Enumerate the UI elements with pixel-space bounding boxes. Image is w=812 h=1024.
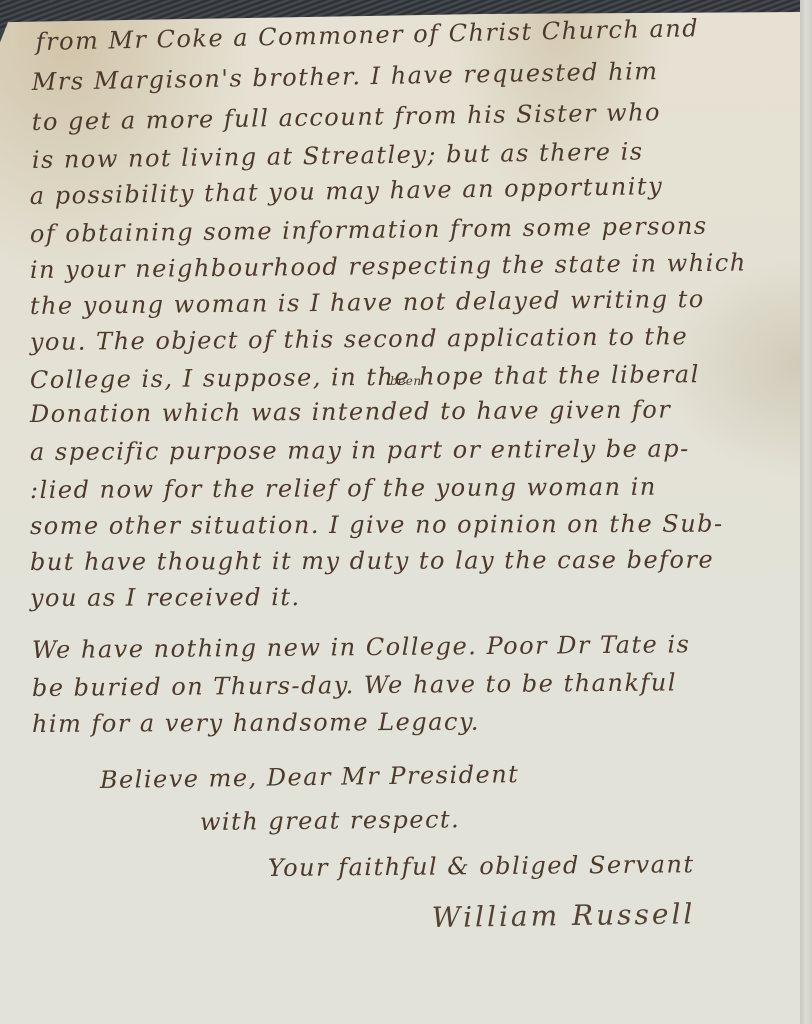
letter-line: you as I received it. (30, 585, 301, 610)
closing-salutation: Believe me, Dear Mr President (100, 762, 520, 792)
letter-text: from Mr Coke a Commoner of Christ Church… (0, 0, 812, 1024)
letter-line: but have thought it my duty to lay the c… (30, 548, 714, 574)
closing-valediction: Your faithful & obliged Servant (268, 852, 695, 880)
letter-line: a possibility that you may have an oppor… (30, 174, 664, 208)
letter-line: you. The object of this second applicati… (30, 324, 688, 354)
letter-line: from Mr Coke a Commoner of Christ Church… (35, 16, 699, 54)
letter-line: in your neighbourhood respecting the sta… (30, 250, 747, 282)
signature: William Russell (432, 900, 696, 932)
interlinear-insertion: been (390, 374, 422, 388)
letter-line: :lied now for the relief of the young wo… (30, 475, 657, 502)
letter-line: Mrs Margison's brother. I have requested… (32, 59, 659, 94)
letter-line: College is, I suppose, in the hope that … (30, 362, 700, 392)
letter-line: some other situation. I give no opinion … (30, 512, 724, 538)
closing-respect: with great respect. (200, 807, 461, 834)
letter-line: of obtaining some information from some … (30, 214, 708, 246)
letter-line: is now not living at Streatley; but as t… (32, 139, 644, 172)
letter-line: Donation which was intended to have give… (30, 398, 672, 426)
letter-line: a specific purpose may in part or entire… (30, 437, 690, 464)
letter-line: be buried on Thurs-day. We have to be th… (32, 670, 677, 700)
letter-line: him for a very handsome Legacy. (32, 710, 480, 736)
letter-line: the young woman is I have not delayed wr… (30, 287, 705, 318)
letter-line: We have nothing new in College. Poor Dr … (32, 632, 691, 662)
letter-line: to get a more full account from his Sist… (32, 100, 662, 134)
